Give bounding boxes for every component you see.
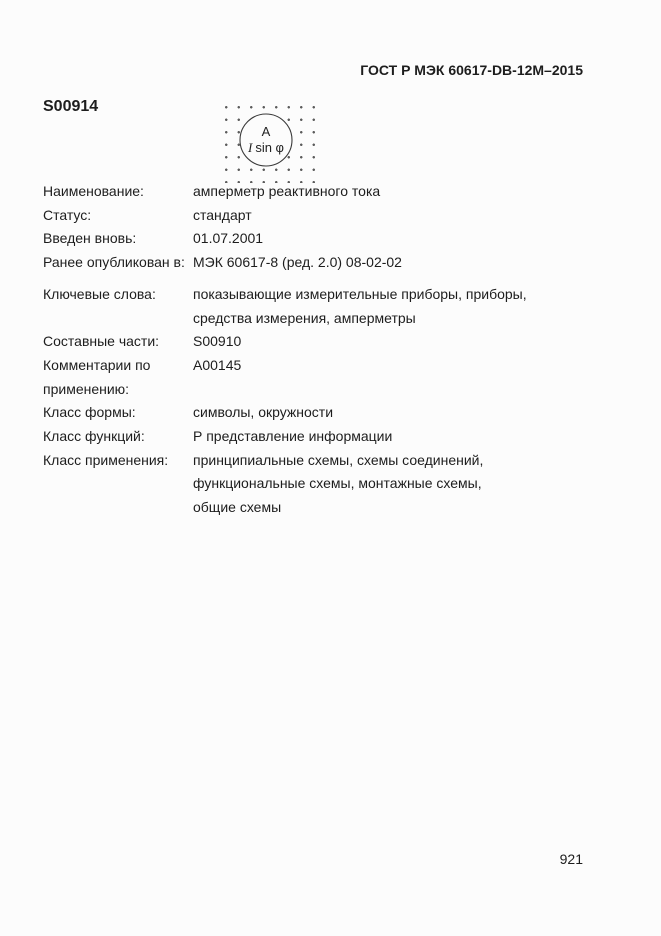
row-label: Класс функций:: [43, 425, 193, 449]
ammeter-letter: A: [262, 124, 271, 139]
ammeter-circle-icon: A Isin φ: [238, 112, 294, 168]
formula-current-symbol: I: [247, 140, 253, 155]
row-label: Наименование:: [43, 180, 193, 204]
row-value: S00910: [193, 330, 527, 354]
row-label: Класс формы:: [43, 401, 193, 425]
row-label: Составные части:: [43, 330, 193, 354]
row-label: Введен вновь:: [43, 227, 193, 251]
row-label: Ключевые слова:: [43, 283, 193, 307]
page-number: 921: [0, 850, 583, 868]
table-row-name: Наименование: амперметр реактивного тока: [43, 180, 563, 204]
row-label: Ранее опубликован в:: [43, 251, 193, 275]
properties-table: Наименование: амперметр реактивного тока…: [43, 180, 563, 520]
table-row-status: Статус: стандарт: [43, 204, 563, 228]
symbol-id: S00914: [43, 98, 98, 116]
row-value: МЭК 60617-8 (ред. 2.0) 08-02-02: [193, 251, 527, 275]
reactive-current-ammeter-symbol: A Isin φ: [218, 99, 315, 183]
row-label: Статус:: [43, 204, 193, 228]
row-label: Комментарии по применению:: [43, 354, 193, 401]
row-value: показывающие измерительные приборы, приб…: [193, 283, 527, 330]
table-row-application-comments: Комментарии по применению: A00145: [43, 354, 563, 401]
row-value: стандарт: [193, 204, 527, 228]
row-value: амперметр реактивного тока: [193, 180, 527, 204]
table-row-function-class: Класс функций: Р представление информаци…: [43, 425, 563, 449]
document-title: ГОСТ Р МЭК 60617-DB-12M–2015: [0, 61, 583, 79]
row-value: 01.07.2001: [193, 227, 527, 251]
table-row-previously-published: Ранее опубликован в: МЭК 60617-8 (ред. 2…: [43, 251, 563, 275]
table-row-introduced: Введен вновь: 01.07.2001: [43, 227, 563, 251]
row-value: Р представление информации: [193, 425, 527, 449]
row-label: Класс применения:: [43, 449, 193, 473]
table-row-keywords: Ключевые слова: показывающие измерительн…: [43, 283, 563, 330]
formula-sin-phi: sin φ: [255, 140, 284, 155]
row-value: символы, окружности: [193, 401, 527, 425]
table-row-shape-class: Класс формы: символы, окружности: [43, 401, 563, 425]
table-row-application-class: Класс применения: принципиальные схемы, …: [43, 449, 563, 520]
document-page: ГОСТ Р МЭК 60617-DB-12M–2015 S00914 A Is…: [0, 0, 661, 936]
row-value: принципиальные схемы, схемы соединений, …: [193, 449, 527, 520]
table-row-components: Составные части: S00910: [43, 330, 563, 354]
row-value: A00145: [193, 354, 527, 378]
